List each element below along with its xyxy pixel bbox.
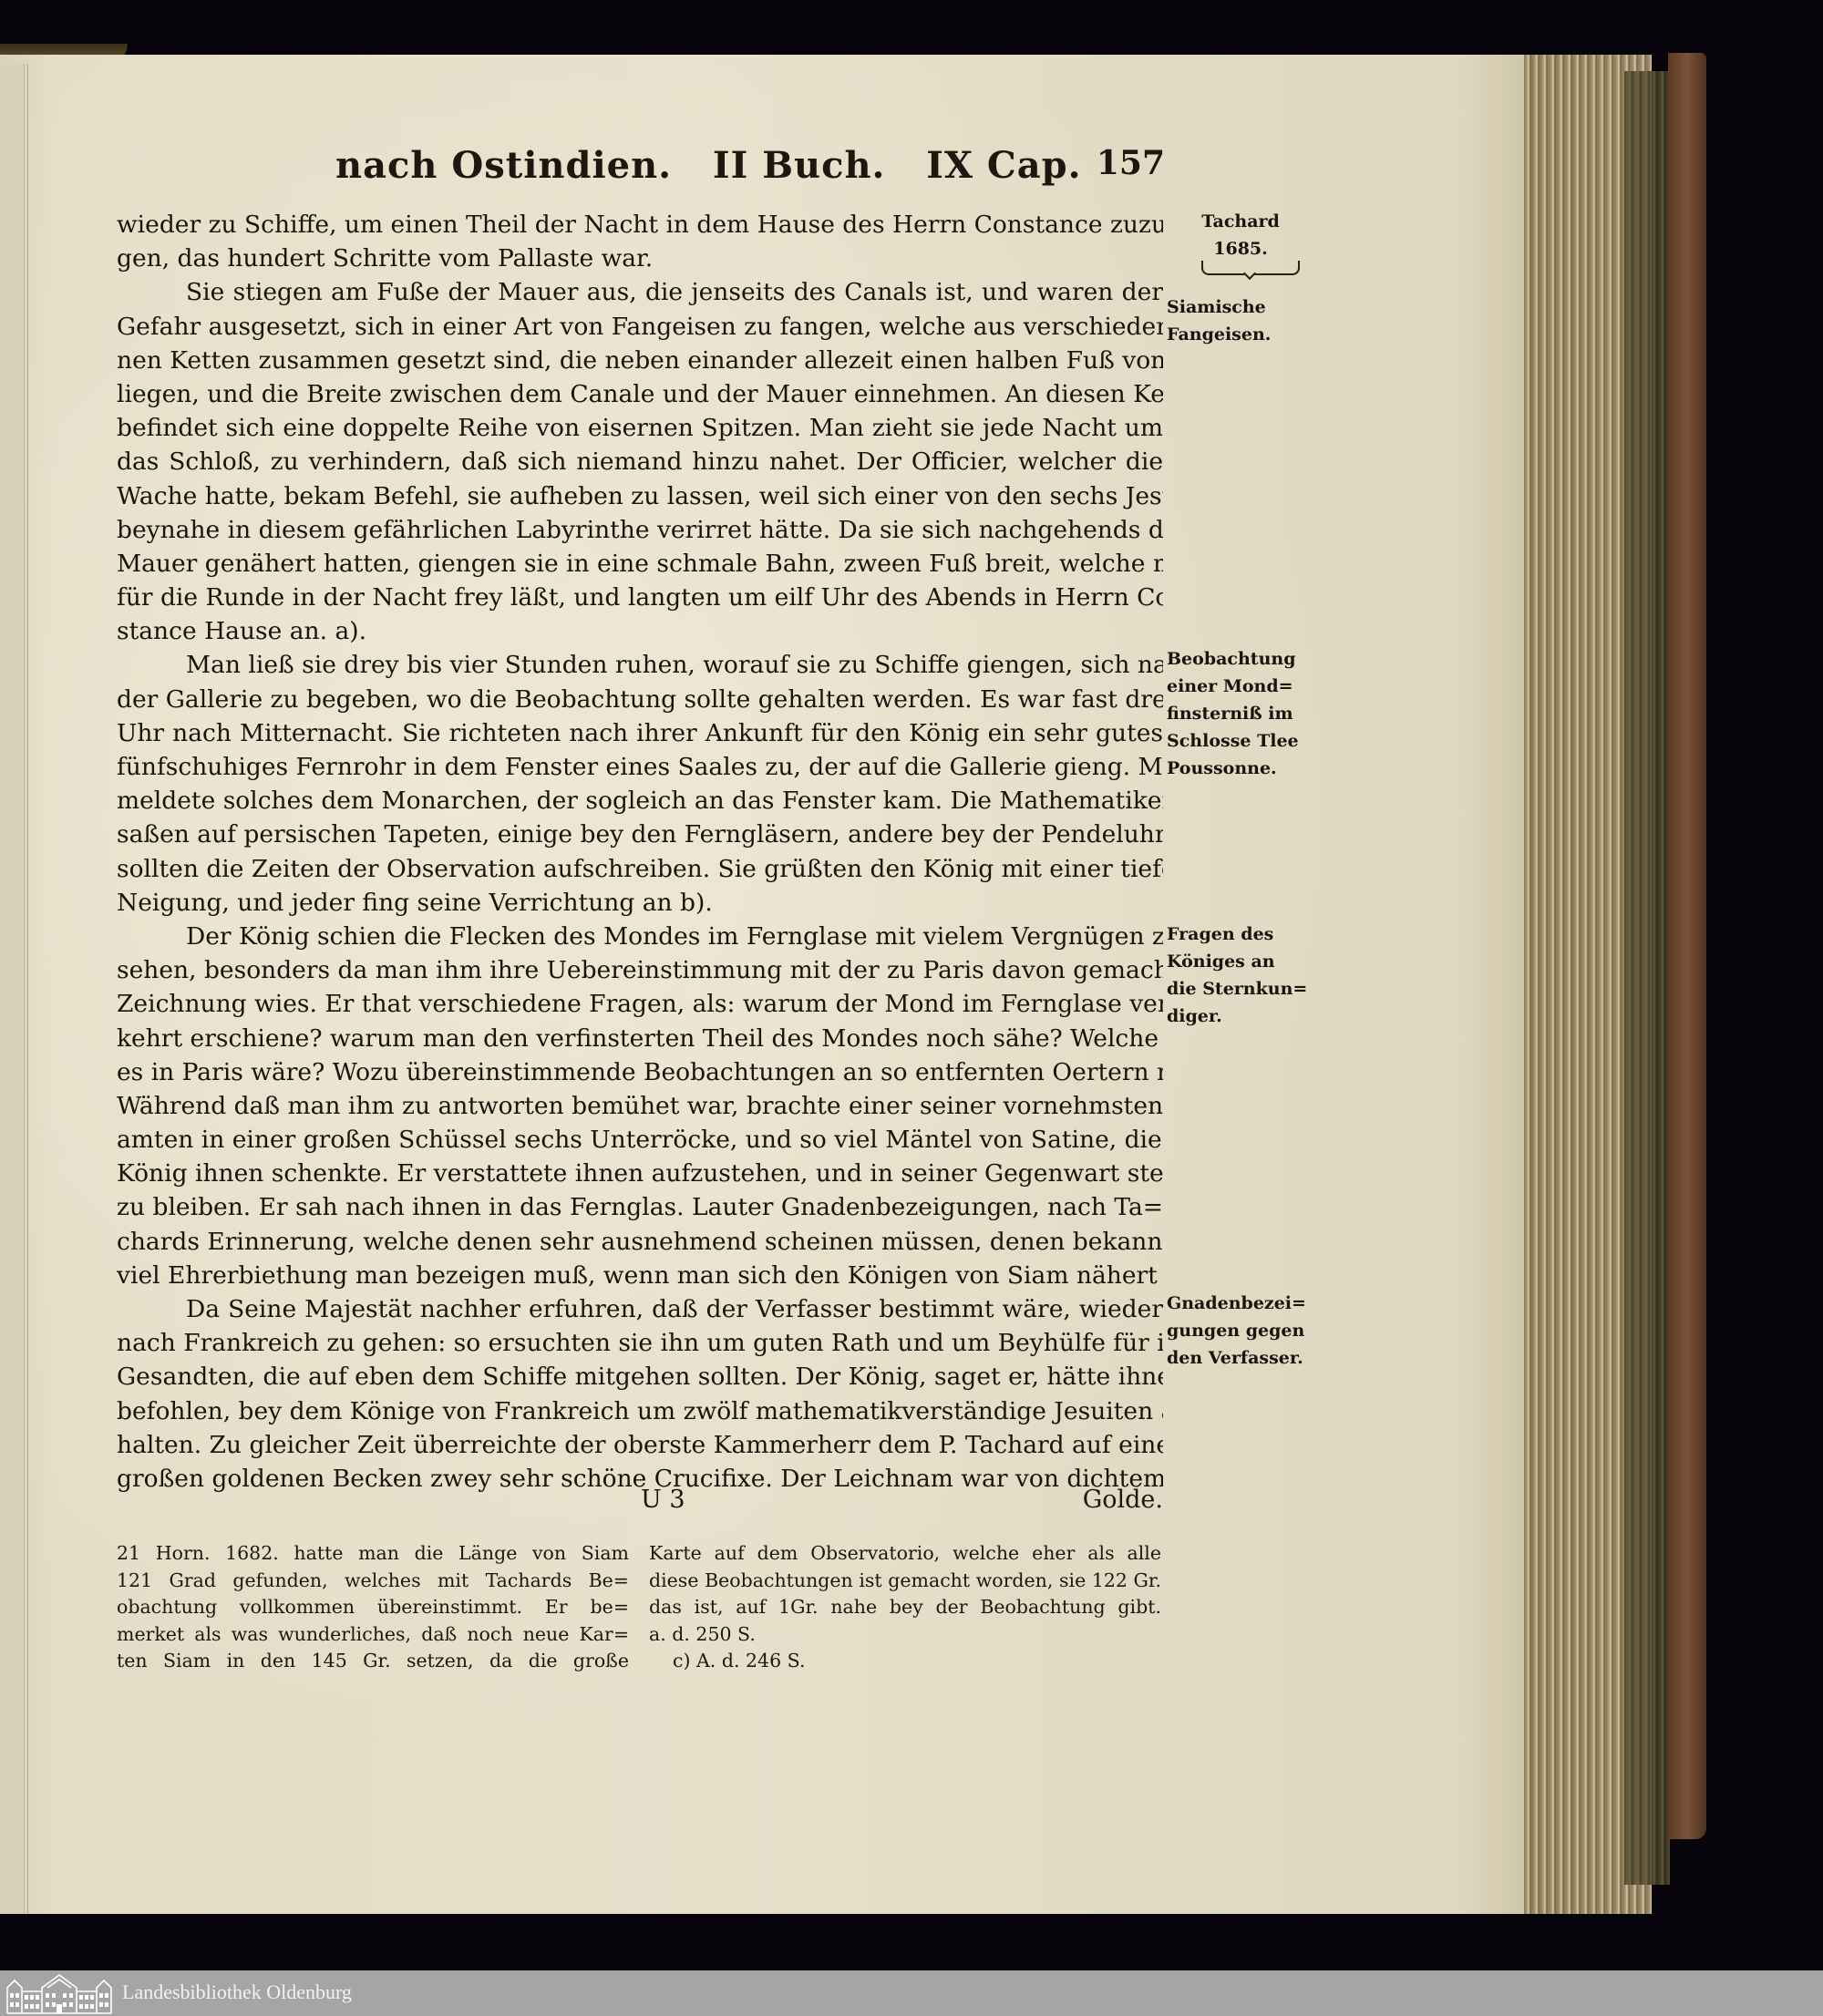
text-line: halten. Zu gleicher Zeit überreichte der… xyxy=(117,1428,1163,1462)
footnote-line: c) A. d. 246 S. xyxy=(649,1648,1161,1675)
margin-note-line: Tachard xyxy=(1167,208,1314,235)
text-line: beynahe in diesem gefährlichen Labyrinth… xyxy=(117,513,1163,547)
margin-note: Gnadenbezei=gungen gegenden Verfasser. xyxy=(1167,1290,1314,1372)
text-line: zu bleiben. Er sah nach ihnen in das Fer… xyxy=(117,1190,1163,1224)
footnote-line: 121 Grad gefunden, welches mit Tachards … xyxy=(117,1568,629,1595)
catchword: Golde. xyxy=(1083,1486,1163,1514)
footnote-line: ten Siam in den 145 Gr. setzen, da die g… xyxy=(117,1648,629,1675)
margin-note-line: Poussonne. xyxy=(1167,755,1314,782)
text-line: saßen auf persischen Tapeten, einige bey… xyxy=(117,818,1163,851)
margin-note: Fragen desKöniges andie Sternkun=diger. xyxy=(1167,921,1314,1030)
footnote-line: das ist, auf 1Gr. nahe bey der Beobachtu… xyxy=(649,1594,1161,1621)
text-line: König ihnen schenkte. Er verstattete ihn… xyxy=(117,1157,1163,1190)
footnote-line: merket als was wunderliches, daß noch ne… xyxy=(117,1621,629,1649)
footnote-line: a. d. 250 S. xyxy=(649,1621,1161,1649)
text-line: das Schloß, zu verhindern, daß sich niem… xyxy=(117,445,1163,478)
text-line: viel Ehrerbiethung man bezeigen muß, wen… xyxy=(117,1259,1163,1292)
text-line: Zeichnung wies. Er that verschiedene Fra… xyxy=(117,987,1163,1021)
text-line: nen Ketten zusammen gesetzt sind, die ne… xyxy=(117,344,1163,377)
text-line: Gefahr ausgesetzt, sich in einer Art von… xyxy=(117,310,1163,344)
text-line: meldete solches dem Monarchen, der sogle… xyxy=(117,784,1163,818)
text-line: stance Hause an. a). xyxy=(117,614,1163,648)
text-line: Während daß man ihm zu antworten bemühet… xyxy=(117,1089,1163,1123)
running-head-title: nach Ostindien. II Buch. IX Cap. xyxy=(335,144,1082,187)
running-head: nach Ostindien. II Buch. IX Cap. 157 xyxy=(117,144,1165,199)
catchline: U 3 Golde. xyxy=(117,1486,1163,1522)
text-line: Mauer genähert hatten, giengen sie in ei… xyxy=(117,547,1163,581)
footnote-column-left: 21 Horn. 1682. hatte man die Länge von S… xyxy=(117,1540,629,1675)
page-content: nach Ostindien. II Buch. IX Cap. 157 wie… xyxy=(0,0,1524,1914)
text-line: Der König schien die Flecken des Mondes … xyxy=(117,920,1163,953)
text-line: sollten die Zeiten der Observation aufsc… xyxy=(117,852,1163,886)
text-line: Gesandten, die auf eben dem Schiffe mitg… xyxy=(117,1360,1163,1394)
text-line: Sie stiegen am Fuße der Mauer aus, die j… xyxy=(117,275,1163,309)
text-line: Man ließ sie drey bis vier Stunden ruhen… xyxy=(117,648,1163,682)
text-line: Uhr nach Mitternacht. Sie richteten nach… xyxy=(117,716,1163,750)
text-line: gen, das hundert Schritte vom Pallaste w… xyxy=(117,242,1163,275)
body-text: wieder zu Schiffe, um einen Theil der Na… xyxy=(117,208,1163,1496)
margin-note-line: einer Mond= xyxy=(1167,673,1314,700)
margin-note: Beobachtungeiner Mond=finsterniß imSchlo… xyxy=(1167,645,1314,782)
text-line: der Gallerie zu begeben, wo die Beobacht… xyxy=(117,683,1163,716)
margin-note-line: Fragen des xyxy=(1167,921,1314,948)
margin-note-line: gungen gegen xyxy=(1167,1317,1314,1344)
footnote-line: diese Beobachtungen ist gemacht worden, … xyxy=(649,1568,1161,1595)
text-line: liegen, und die Breite zwischen dem Cana… xyxy=(117,377,1163,411)
text-line: amten in einer großen Schüssel sechs Unt… xyxy=(117,1123,1163,1157)
margin-note-line: 1685. xyxy=(1167,235,1314,262)
margin-note-line: Beobachtung xyxy=(1167,645,1314,673)
text-line: befohlen, bey dem Könige von Frankreich … xyxy=(117,1394,1163,1428)
margin-note-line: die Sternkun= xyxy=(1167,975,1314,1003)
page-edge-shadow xyxy=(1624,71,1670,1885)
text-line: wieder zu Schiffe, um einen Theil der Na… xyxy=(117,208,1163,242)
page-number: 157 xyxy=(1097,144,1165,182)
margin-note-line: finsterniß im xyxy=(1167,700,1314,727)
text-line: nach Frankreich zu gehen: so ersuchten s… xyxy=(117,1326,1163,1360)
text-line: Neigung, und jeder fing seine Verrichtun… xyxy=(117,886,1163,920)
margin-note-line: Siamische xyxy=(1167,293,1314,321)
text-line: fünfschuhiges Fernrohr in dem Fenster ei… xyxy=(117,750,1163,784)
footnote-line: obachtung vollkommen übereinstimmt. Er b… xyxy=(117,1594,629,1621)
text-line: es in Paris wäre? Wozu übereinstimmende … xyxy=(117,1055,1163,1089)
text-line: Da Seine Majestät nachher erfuhren, daß … xyxy=(117,1292,1163,1326)
margin-note: Tachard1685. xyxy=(1167,208,1314,262)
margin-note-line: den Verfasser. xyxy=(1167,1344,1314,1372)
text-line: chards Erinnerung, welche denen sehr aus… xyxy=(117,1225,1163,1259)
signature-mark: U 3 xyxy=(641,1486,685,1514)
text-line: sehen, besonders da man ihm ihre Ueberei… xyxy=(117,953,1163,987)
text-line: Wache hatte, bekam Befehl, sie aufheben … xyxy=(117,479,1163,513)
text-line: befindet sich eine doppelte Reihe von ei… xyxy=(117,411,1163,445)
text-line: für die Runde in der Nacht frey läßt, un… xyxy=(117,581,1163,614)
margin-note-line: Schlosse Tlee xyxy=(1167,727,1314,755)
library-building-icon xyxy=(5,1973,113,2015)
footnote-column-right: Karte auf dem Observatorio, welche eher … xyxy=(649,1540,1161,1675)
margin-brace xyxy=(1201,261,1300,275)
margin-note-line: Gnadenbezei= xyxy=(1167,1290,1314,1317)
margin-note-line: diger. xyxy=(1167,1003,1314,1030)
margin-note-line: Fangeisen. xyxy=(1167,321,1314,348)
margin-note: SiamischeFangeisen. xyxy=(1167,293,1314,348)
footer-bar: Landesbibliothek Oldenburg xyxy=(0,1970,1823,2016)
text-line: kehrt erschiene? warum man den verfinste… xyxy=(117,1022,1163,1055)
footnote-line: 21 Horn. 1682. hatte man die Länge von S… xyxy=(117,1540,629,1568)
leather-cover-edge xyxy=(1668,53,1706,1839)
footnote-line: Karte auf dem Observatorio, welche eher … xyxy=(649,1540,1161,1568)
margin-note-line: Königes an xyxy=(1167,948,1314,975)
library-name: Landesbibliothek Oldenburg xyxy=(122,1980,352,2004)
